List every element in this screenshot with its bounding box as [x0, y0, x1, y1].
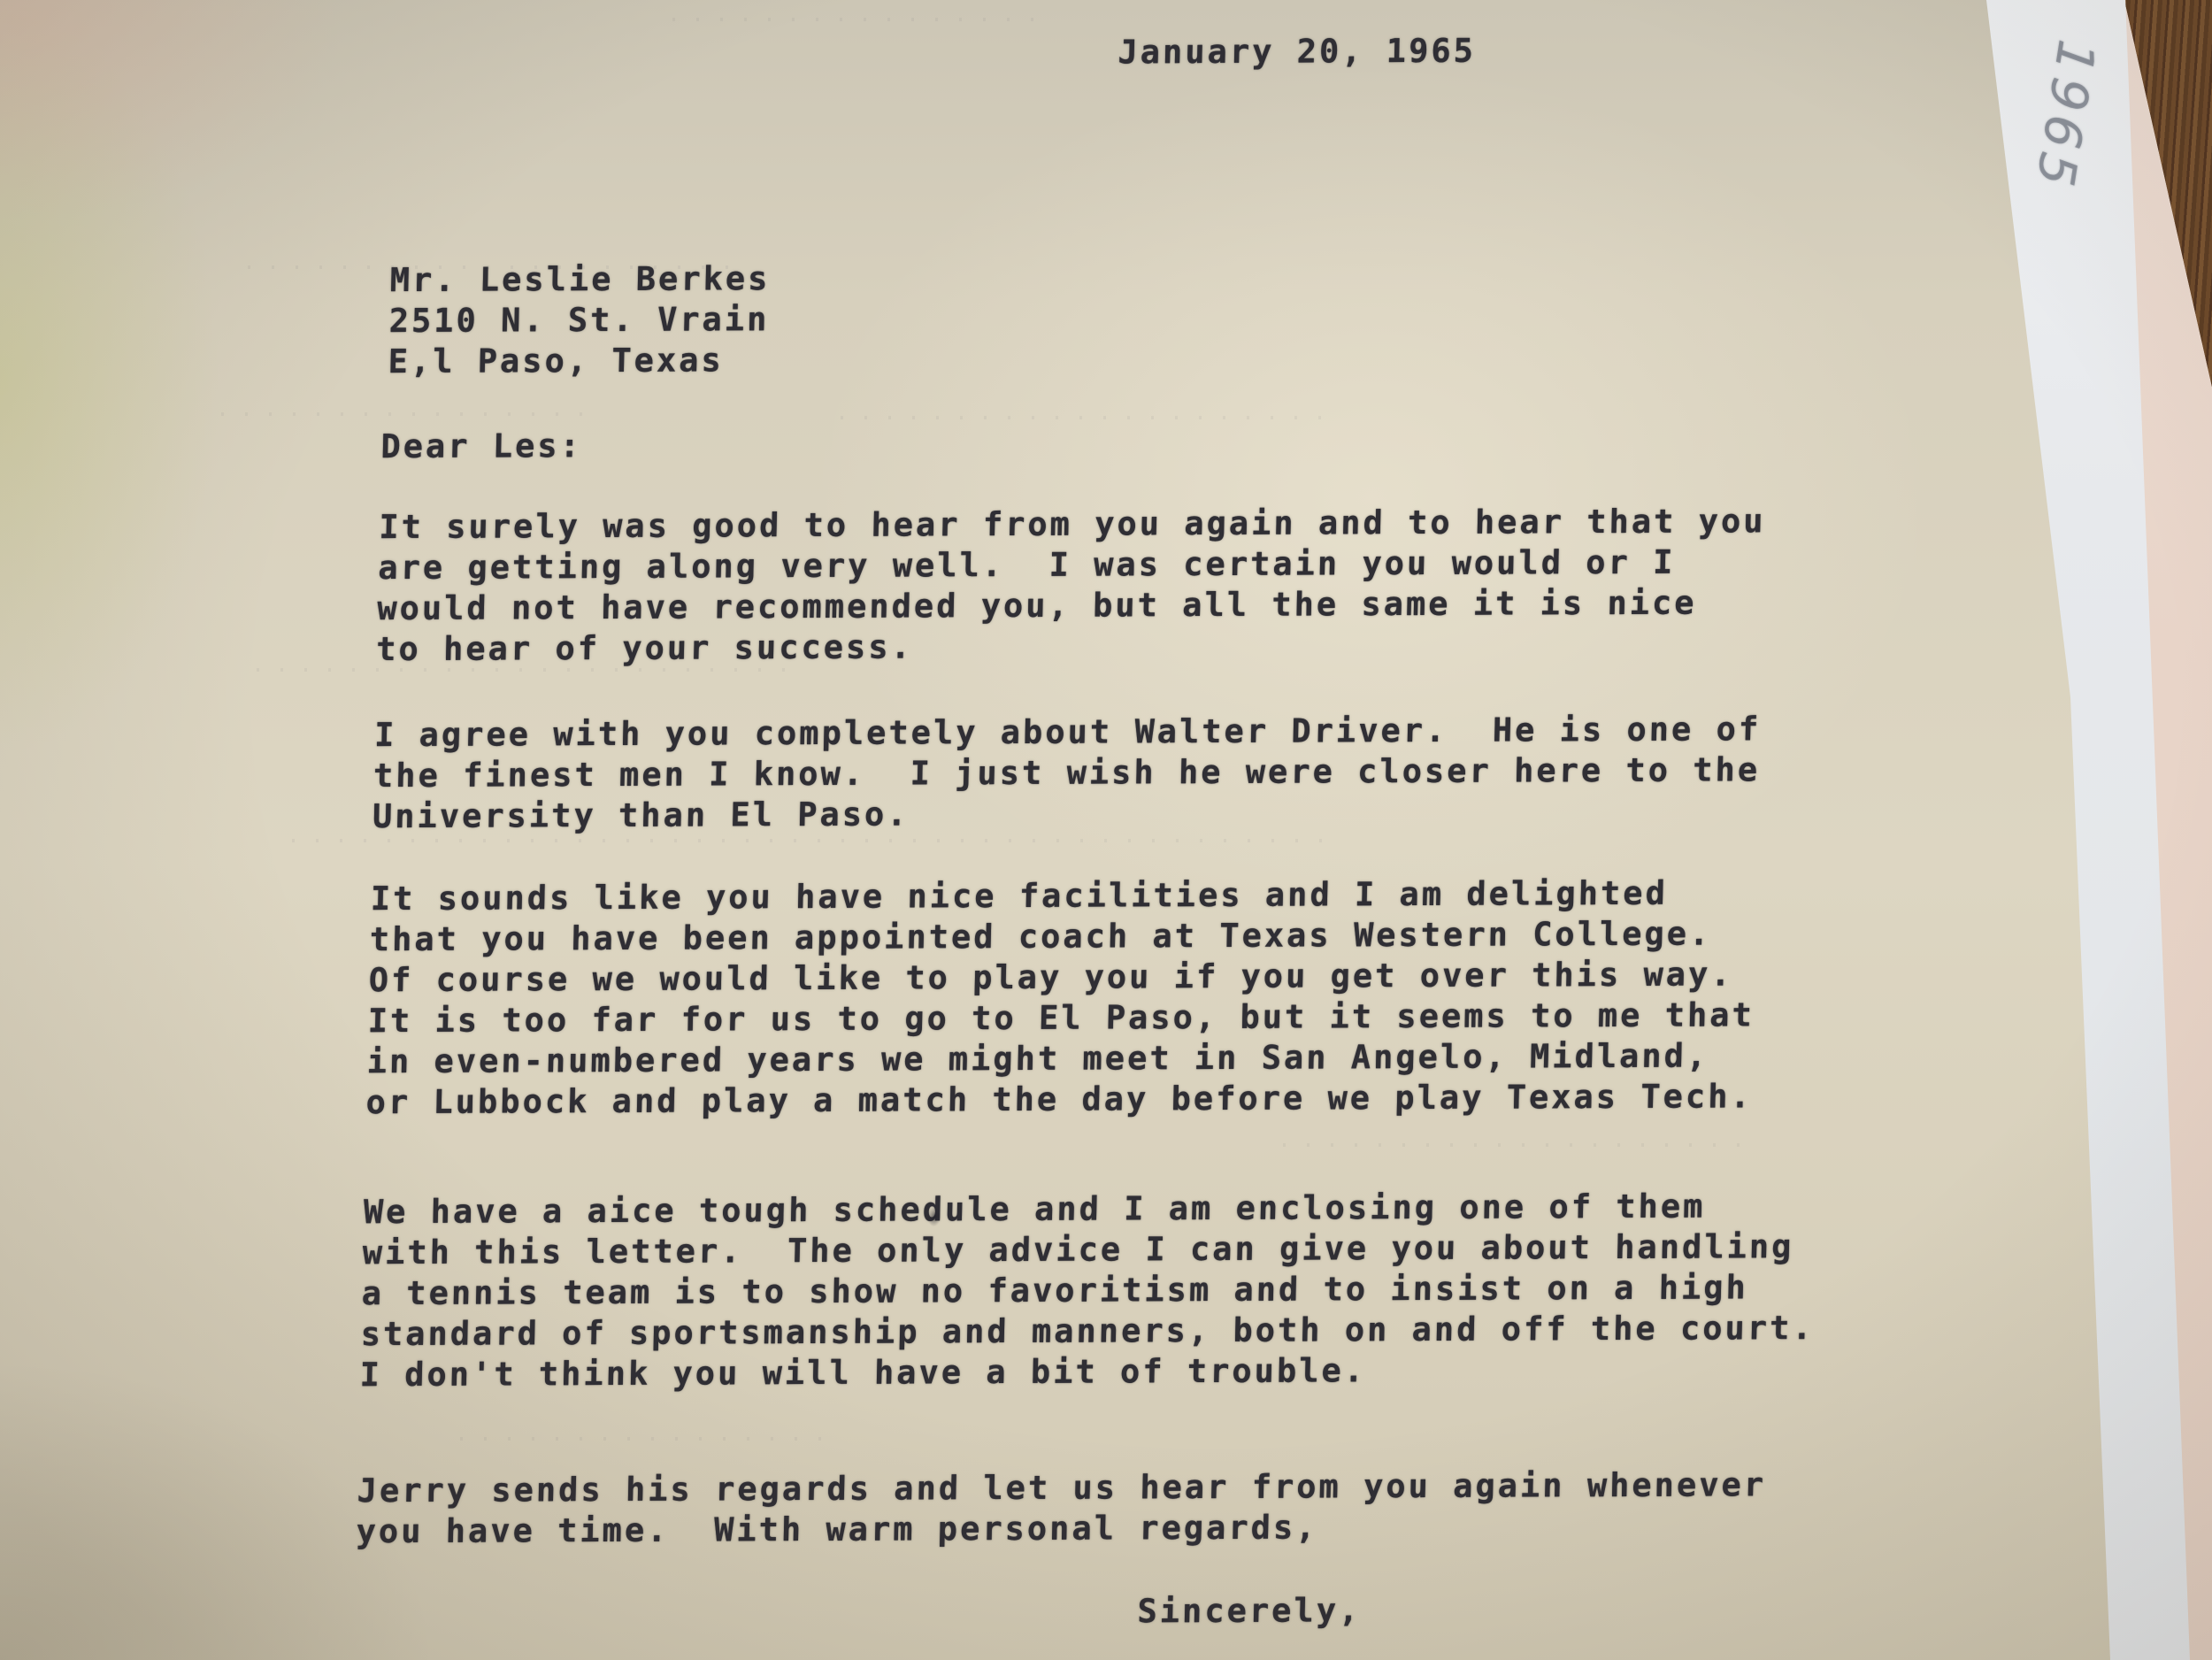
body-line: to hear of your success. — [376, 623, 1763, 670]
paragraph-3: It sounds like you have nice facilities … — [365, 872, 1757, 1123]
body-line: you have time. With warm personal regard… — [356, 1505, 1765, 1552]
body-line: are getting along very well. I was certa… — [378, 542, 1765, 588]
typewritten-text: January 20, 1965 Mr. Leslie Berkes 2510 … — [0, 0, 2212, 1660]
body-line: would not have recommended you, but all … — [377, 582, 1764, 629]
body-line: Jerry sends his regards and let us hear … — [357, 1464, 1766, 1511]
paragraph-1: It surely was good to hear from you agai… — [376, 501, 1766, 670]
closing-sincerely: Sincerely, — [1137, 1590, 1362, 1632]
body-line: standard of sportsmanship and manners, b… — [360, 1308, 1815, 1355]
body-line: or Lubbock and play a match the day befo… — [365, 1076, 1753, 1123]
paragraph-2: I agree with you completely about Walter… — [372, 709, 1761, 837]
body-line: a tennis team is to show no favoritism a… — [361, 1267, 1816, 1314]
typo-overstrike-mark — [925, 1203, 943, 1230]
letter-date: January 20, 1965 — [1118, 31, 1476, 73]
recipient-address-block: Mr. Leslie Berkes 2510 N. St. Vrain E,l … — [388, 258, 771, 382]
body-line: University than El Paso. — [372, 790, 1759, 837]
body-line: I agree with you completely about Walter… — [374, 709, 1762, 756]
body-line: in even-numbered years we might meet in … — [366, 1035, 1754, 1082]
body-line: that you have been appointed coach at Te… — [369, 913, 1756, 960]
body-line: We have a aice tough schedule and I am e… — [363, 1186, 1817, 1233]
recipient-name: Mr. Leslie Berkes — [389, 258, 771, 301]
body-line: I don't think you will have a bit of tro… — [359, 1349, 1814, 1395]
body-line: It surely was good to hear from you agai… — [379, 501, 1766, 548]
body-line: the finest men I know. I just wish he we… — [373, 749, 1761, 796]
recipient-street: 2510 N. St. Vrain — [388, 299, 770, 342]
salutation: Dear Les: — [380, 426, 583, 467]
letter-photograph: 1965 January 20, 1965 Mr. Leslie Berkes … — [0, 0, 2212, 1660]
paragraph-5: Jerry sends his regards and let us hear … — [356, 1464, 1766, 1552]
paragraph-4: We have a aice tough schedule and I am e… — [359, 1186, 1817, 1395]
body-line: with this letter. The only advice I can … — [362, 1226, 1816, 1273]
body-line: It is too far for us to go to El Paso, b… — [367, 995, 1755, 1041]
recipient-city: E,l Paso, Texas — [388, 340, 769, 382]
body-line: It sounds like you have nice facilities … — [370, 872, 1757, 919]
body-line: Of course we would like to play you if y… — [368, 954, 1755, 1001]
